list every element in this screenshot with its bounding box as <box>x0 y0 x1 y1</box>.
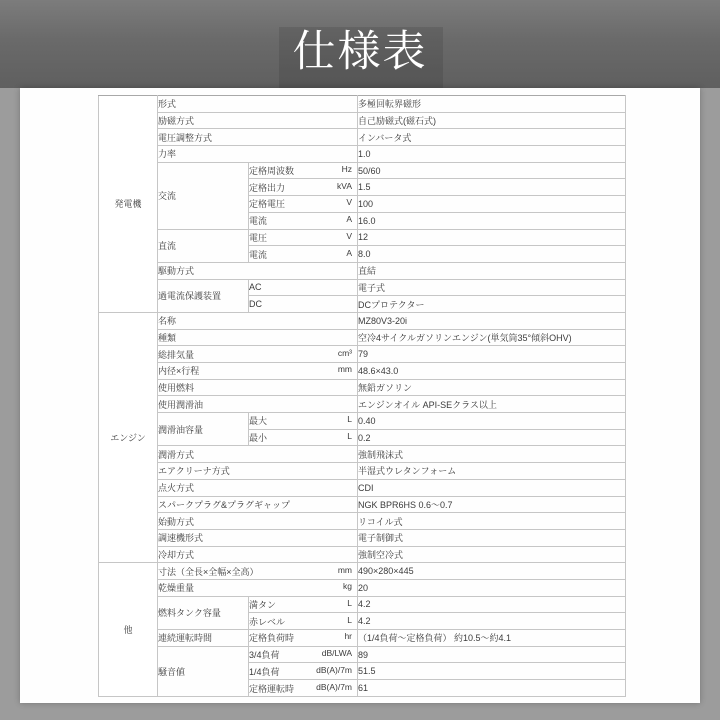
spec-table: 発電機形式多極回転界磁形励磁方式自己励磁式(磁石式)電圧調整方式インバータ式力率… <box>98 95 626 697</box>
item-label-cell: 駆動方式 <box>158 262 358 279</box>
table-row: スパークプラグ&プラグギャップNGK BPR6HS 0.6～0.7 <box>99 496 626 513</box>
value-cell: 空冷4サイクルガソリンエンジン(単気筒35°傾斜OHV) <box>358 329 626 346</box>
item-label-cell: hr定格負荷時 <box>249 630 358 647</box>
table-row: 励磁方式自己励磁式(磁石式) <box>99 112 626 129</box>
photo-background: 仕様表 発電機形式多極回転界磁形励磁方式自己励磁式(磁石式)電圧調整方式インバー… <box>0 0 720 720</box>
item-label-cell-text: 力率 <box>158 149 176 159</box>
value-cell: 1.5 <box>358 179 626 196</box>
value-cell-text: 直結 <box>358 266 376 276</box>
item-label-cell: L満タン <box>249 596 358 613</box>
unit-label: Hz <box>342 164 357 174</box>
value-cell: DCプロテクター <box>358 296 626 313</box>
unit-label: A <box>346 214 357 224</box>
value-cell: 多極回転界磁形 <box>358 96 626 113</box>
table-row: 力率1.0 <box>99 146 626 163</box>
table-row: 潤滑油容量L最大0.40 <box>99 413 626 430</box>
item-label-cell-text: 電流 <box>249 250 267 260</box>
table-row: 直流V電圧12 <box>99 229 626 246</box>
value-cell-text: リコイル式 <box>358 517 403 527</box>
value-cell-text: 強制飛沫式 <box>358 450 403 460</box>
value-cell-text: 無鉛ガソリン <box>358 383 412 393</box>
item-label-cell: cm³総排気量 <box>158 346 358 363</box>
value-cell-text: 61 <box>358 683 368 693</box>
table-row: 連続運転時間hr定格負荷時（1/4負荷～定格負荷） 約10.5～約4.1 <box>99 630 626 647</box>
value-cell: 電子制御式 <box>358 529 626 546</box>
table-row: 電圧調整方式インバータ式 <box>99 129 626 146</box>
group-label-cell-text: 連続運転時間 <box>158 633 212 643</box>
item-label-cell-text: 調速機形式 <box>158 533 203 543</box>
item-label-cell: AC <box>249 279 358 296</box>
item-label-cell: 潤滑方式 <box>158 446 358 463</box>
item-label-cell-text: 使用潤滑油 <box>158 400 203 410</box>
item-label-cell: L赤レベル <box>249 613 358 630</box>
unit-label: cm³ <box>338 348 357 358</box>
table-row: エアクリーナ方式半湿式ウレタンフォーム <box>99 463 626 480</box>
value-cell: 1.0 <box>358 146 626 163</box>
page-title: 仕様表 <box>0 0 720 88</box>
value-cell-text: （1/4負荷～定格負荷） 約10.5～約4.1 <box>358 633 511 643</box>
item-label-cell-text: 種類 <box>158 333 176 343</box>
value-cell-text: 半湿式ウレタンフォーム <box>358 466 456 476</box>
title-band: 仕様表 <box>0 0 720 88</box>
item-label-cell: A電流 <box>249 212 358 229</box>
item-label-cell-text: 定格周波数 <box>249 166 294 176</box>
item-label-cell-text: 寸法（全長×全幅×全高） <box>158 567 259 577</box>
value-cell-text: 1.5 <box>358 182 371 192</box>
item-label-cell: 始動方式 <box>158 513 358 530</box>
unit-label: V <box>346 231 357 241</box>
item-label-cell-text: 定格出力 <box>249 183 285 193</box>
item-label-cell-text: エアクリーナ方式 <box>158 466 230 476</box>
category-cell-text: 発電機 <box>114 199 141 209</box>
item-label-cell: 使用潤滑油 <box>158 396 358 413</box>
value-cell: 直結 <box>358 262 626 279</box>
item-label-cell: L最大 <box>249 413 358 430</box>
table-row: 始動方式リコイル式 <box>99 513 626 530</box>
item-label-cell: mm寸法（全長×全幅×全高） <box>158 563 358 580</box>
value-cell: NGK BPR6HS 0.6～0.7 <box>358 496 626 513</box>
item-label-cell: V定格電圧 <box>249 196 358 213</box>
item-label-cell: Hz定格周波数 <box>249 162 358 179</box>
value-cell-text: 8.0 <box>358 249 371 259</box>
category-cell-text: 他 <box>123 625 132 635</box>
value-cell: リコイル式 <box>358 513 626 530</box>
item-label-cell-text: 使用燃料 <box>158 383 194 393</box>
value-cell: エンジンオイル API-SEクラス以上 <box>358 396 626 413</box>
item-label-cell: 使用燃料 <box>158 379 358 396</box>
item-label-cell-text: 乾燥重量 <box>158 583 194 593</box>
table-row: 冷却方式強制空冷式 <box>99 546 626 563</box>
item-label-cell-text: 点火方式 <box>158 483 194 493</box>
unit-label: dB/LWA <box>322 648 357 658</box>
value-cell-text: インバータ式 <box>358 133 411 143</box>
table-row: 過電流保護装置AC電子式 <box>99 279 626 296</box>
value-cell-text: 89 <box>358 650 368 660</box>
unit-label: mm <box>338 565 357 575</box>
item-label-cell: 冷却方式 <box>158 546 358 563</box>
group-label-cell: 燃料タンク容量 <box>158 596 249 629</box>
unit-label: L <box>347 414 357 424</box>
value-cell-text: 79 <box>358 349 368 359</box>
item-label-cell: kg乾燥重量 <box>158 579 358 596</box>
value-cell: MZ80V3-20i <box>358 312 626 329</box>
value-cell: 強制飛沫式 <box>358 446 626 463</box>
value-cell-text: 自己励磁式(磁石式) <box>358 116 436 126</box>
item-label-cell: mm内径×行程 <box>158 363 358 380</box>
category-cell-text: エンジン <box>110 433 146 443</box>
value-cell: 0.2 <box>358 429 626 446</box>
item-label-cell: 点火方式 <box>158 479 358 496</box>
value-cell-text: 490×280×445 <box>358 566 414 576</box>
value-cell-text: 48.6×43.0 <box>358 366 398 376</box>
value-cell-text: DCプロテクター <box>358 300 424 310</box>
group-label-cell-text: 交流 <box>158 191 176 201</box>
table-row: 潤滑方式強制飛沫式 <box>99 446 626 463</box>
item-label-cell-text: 定格電圧 <box>249 199 285 209</box>
item-label-cell-text: 電流 <box>249 216 267 226</box>
item-label-cell: dB/LWA3/4負荷 <box>249 646 358 663</box>
item-label-cell-text: 励磁方式 <box>158 116 194 126</box>
value-cell-text: 12 <box>358 232 368 242</box>
value-cell: 4.2 <box>358 613 626 630</box>
value-cell: 79 <box>358 346 626 363</box>
item-label-cell: エアクリーナ方式 <box>158 463 358 480</box>
spec-table-body: 発電機形式多極回転界磁形励磁方式自己励磁式(磁石式)電圧調整方式インバータ式力率… <box>99 96 626 697</box>
value-cell-text: 4.2 <box>358 599 371 609</box>
table-row: 燃料タンク容量L満タン4.2 <box>99 596 626 613</box>
item-label-cell: スパークプラグ&プラグギャップ <box>158 496 358 513</box>
item-label-cell-text: DC <box>249 299 262 309</box>
item-label-cell-text: 電圧調整方式 <box>158 133 212 143</box>
item-label-cell: V電圧 <box>249 229 358 246</box>
table-row: エンジン名称MZ80V3-20i <box>99 312 626 329</box>
item-label-cell: 形式 <box>158 96 358 113</box>
item-label-cell: A電流 <box>249 246 358 263</box>
value-cell: 12 <box>358 229 626 246</box>
value-cell-text: 100 <box>358 199 373 209</box>
item-label-cell: dB(A)/7m1/4負荷 <box>249 663 358 680</box>
value-cell: 490×280×445 <box>358 563 626 580</box>
value-cell: 強制空冷式 <box>358 546 626 563</box>
table-row: 交流Hz定格周波数50/60 <box>99 162 626 179</box>
item-label-cell: DC <box>249 296 358 313</box>
group-label-cell: 潤滑油容量 <box>158 413 249 446</box>
value-cell-text: エンジンオイル API-SEクラス以上 <box>358 400 497 410</box>
table-row: 点火方式CDI <box>99 479 626 496</box>
item-label-cell-text: 3/4負荷 <box>249 650 280 660</box>
value-cell: 100 <box>358 196 626 213</box>
value-cell-text: 1.0 <box>358 149 371 159</box>
table-row: kg乾燥重量20 <box>99 579 626 596</box>
value-cell: 16.0 <box>358 212 626 229</box>
value-cell: 89 <box>358 646 626 663</box>
item-label-cell: dB(A)/7m定格運転時 <box>249 680 358 697</box>
item-label-cell-text: 潤滑方式 <box>158 450 194 460</box>
item-label-cell: 力率 <box>158 146 358 163</box>
unit-label: dB(A)/7m <box>316 682 357 692</box>
value-cell: CDI <box>358 479 626 496</box>
item-label-cell-text: AC <box>249 282 262 292</box>
group-label-cell-text: 潤滑油容量 <box>158 425 203 435</box>
table-row: 他mm寸法（全長×全幅×全高）490×280×445 <box>99 563 626 580</box>
value-cell: 4.2 <box>358 596 626 613</box>
value-cell: 無鉛ガソリン <box>358 379 626 396</box>
value-cell-text: 4.2 <box>358 616 371 626</box>
table-row: 駆動方式直結 <box>99 262 626 279</box>
item-label-cell-text: 冷却方式 <box>158 550 194 560</box>
group-label-cell-text: 燃料タンク容量 <box>158 608 221 618</box>
table-row: 発電機形式多極回転界磁形 <box>99 96 626 113</box>
group-label-cell: 過電流保護装置 <box>158 279 249 312</box>
value-cell: 61 <box>358 680 626 697</box>
item-label-cell: L最小 <box>249 429 358 446</box>
value-cell-text: 0.2 <box>358 433 371 443</box>
group-label-cell: 直流 <box>158 229 249 262</box>
item-label-cell-text: 定格負荷時 <box>249 633 294 643</box>
value-cell: 半湿式ウレタンフォーム <box>358 463 626 480</box>
table-row: mm内径×行程48.6×43.0 <box>99 363 626 380</box>
value-cell: 自己励磁式(磁石式) <box>358 112 626 129</box>
item-label-cell-text: 名称 <box>158 316 176 326</box>
item-label-cell-text: 赤レベル <box>249 617 285 627</box>
table-row: 使用潤滑油エンジンオイル API-SEクラス以上 <box>99 396 626 413</box>
unit-label: kVA <box>337 181 357 191</box>
item-label-cell: 名称 <box>158 312 358 329</box>
value-cell: 20 <box>358 579 626 596</box>
item-label-cell-text: 総排気量 <box>158 350 194 360</box>
item-label-cell: 調速機形式 <box>158 529 358 546</box>
value-cell: 51.5 <box>358 663 626 680</box>
value-cell: 電子式 <box>358 279 626 296</box>
item-label-cell-text: 定格運転時 <box>249 684 294 694</box>
spec-sheet-page: 発電機形式多極回転界磁形励磁方式自己励磁式(磁石式)電圧調整方式インバータ式力率… <box>20 88 700 703</box>
group-label-cell: 連続運転時間 <box>158 630 249 647</box>
value-cell-text: 51.5 <box>358 666 376 676</box>
item-label-cell-text: 駆動方式 <box>158 266 194 276</box>
category-cell: エンジン <box>99 312 158 562</box>
item-label-cell: 励磁方式 <box>158 112 358 129</box>
category-cell: 発電機 <box>99 96 158 313</box>
item-label-cell-text: 最大 <box>249 416 267 426</box>
value-cell-text: NGK BPR6HS 0.6～0.7 <box>358 500 453 510</box>
value-cell-text: 20 <box>358 583 368 593</box>
item-label-cell-text: 始動方式 <box>158 517 194 527</box>
item-label-cell-text: 1/4負荷 <box>249 667 280 677</box>
item-label-cell-text: 形式 <box>158 99 176 109</box>
item-label-cell-text: 電圧 <box>249 233 267 243</box>
unit-label: L <box>347 431 357 441</box>
unit-label: dB(A)/7m <box>316 665 357 675</box>
value-cell-text: 50/60 <box>358 166 381 176</box>
group-label-cell-text: 直流 <box>158 241 176 251</box>
table-row: cm³総排気量79 <box>99 346 626 363</box>
item-label-cell-text: 内径×行程 <box>158 366 199 376</box>
value-cell-text: 空冷4サイクルガソリンエンジン(単気筒35°傾斜OHV) <box>358 333 572 343</box>
item-label-cell-text: スパークプラグ&プラグギャップ <box>158 500 290 510</box>
unit-label: kg <box>343 581 357 591</box>
value-cell-text: 電子式 <box>358 283 385 293</box>
group-label-cell-text: 騒音値 <box>158 667 185 677</box>
item-label-cell: 種類 <box>158 329 358 346</box>
unit-label: A <box>346 248 357 258</box>
item-label-cell-text: 最小 <box>249 433 267 443</box>
value-cell: 0.40 <box>358 413 626 430</box>
value-cell-text: 0.40 <box>358 416 376 426</box>
unit-label: L <box>347 615 357 625</box>
value-cell-text: 16.0 <box>358 216 376 226</box>
value-cell-text: 強制空冷式 <box>358 550 403 560</box>
value-cell-text: 電子制御式 <box>358 533 403 543</box>
category-cell: 他 <box>99 563 158 697</box>
group-label-cell-text: 過電流保護装置 <box>158 291 221 301</box>
item-label-cell-text: 満タン <box>249 600 276 610</box>
value-cell: 50/60 <box>358 162 626 179</box>
unit-label: V <box>346 197 357 207</box>
table-row: 騒音値dB/LWA3/4負荷89 <box>99 646 626 663</box>
group-label-cell: 交流 <box>158 162 249 229</box>
table-row: 調速機形式電子制御式 <box>99 529 626 546</box>
group-label-cell: 騒音値 <box>158 646 249 696</box>
value-cell-text: MZ80V3-20i <box>358 316 407 326</box>
table-row: 種類空冷4サイクルガソリンエンジン(単気筒35°傾斜OHV) <box>99 329 626 346</box>
value-cell-text: 多極回転界磁形 <box>358 99 421 109</box>
unit-label: L <box>347 598 357 608</box>
table-row: 使用燃料無鉛ガソリン <box>99 379 626 396</box>
value-cell: 48.6×43.0 <box>358 363 626 380</box>
item-label-cell: kVA定格出力 <box>249 179 358 196</box>
unit-label: mm <box>338 364 357 374</box>
value-cell: 8.0 <box>358 246 626 263</box>
item-label-cell: 電圧調整方式 <box>158 129 358 146</box>
value-cell: （1/4負荷～定格負荷） 約10.5～約4.1 <box>358 630 626 647</box>
unit-label: hr <box>344 631 357 641</box>
value-cell: インバータ式 <box>358 129 626 146</box>
value-cell-text: CDI <box>358 483 374 493</box>
